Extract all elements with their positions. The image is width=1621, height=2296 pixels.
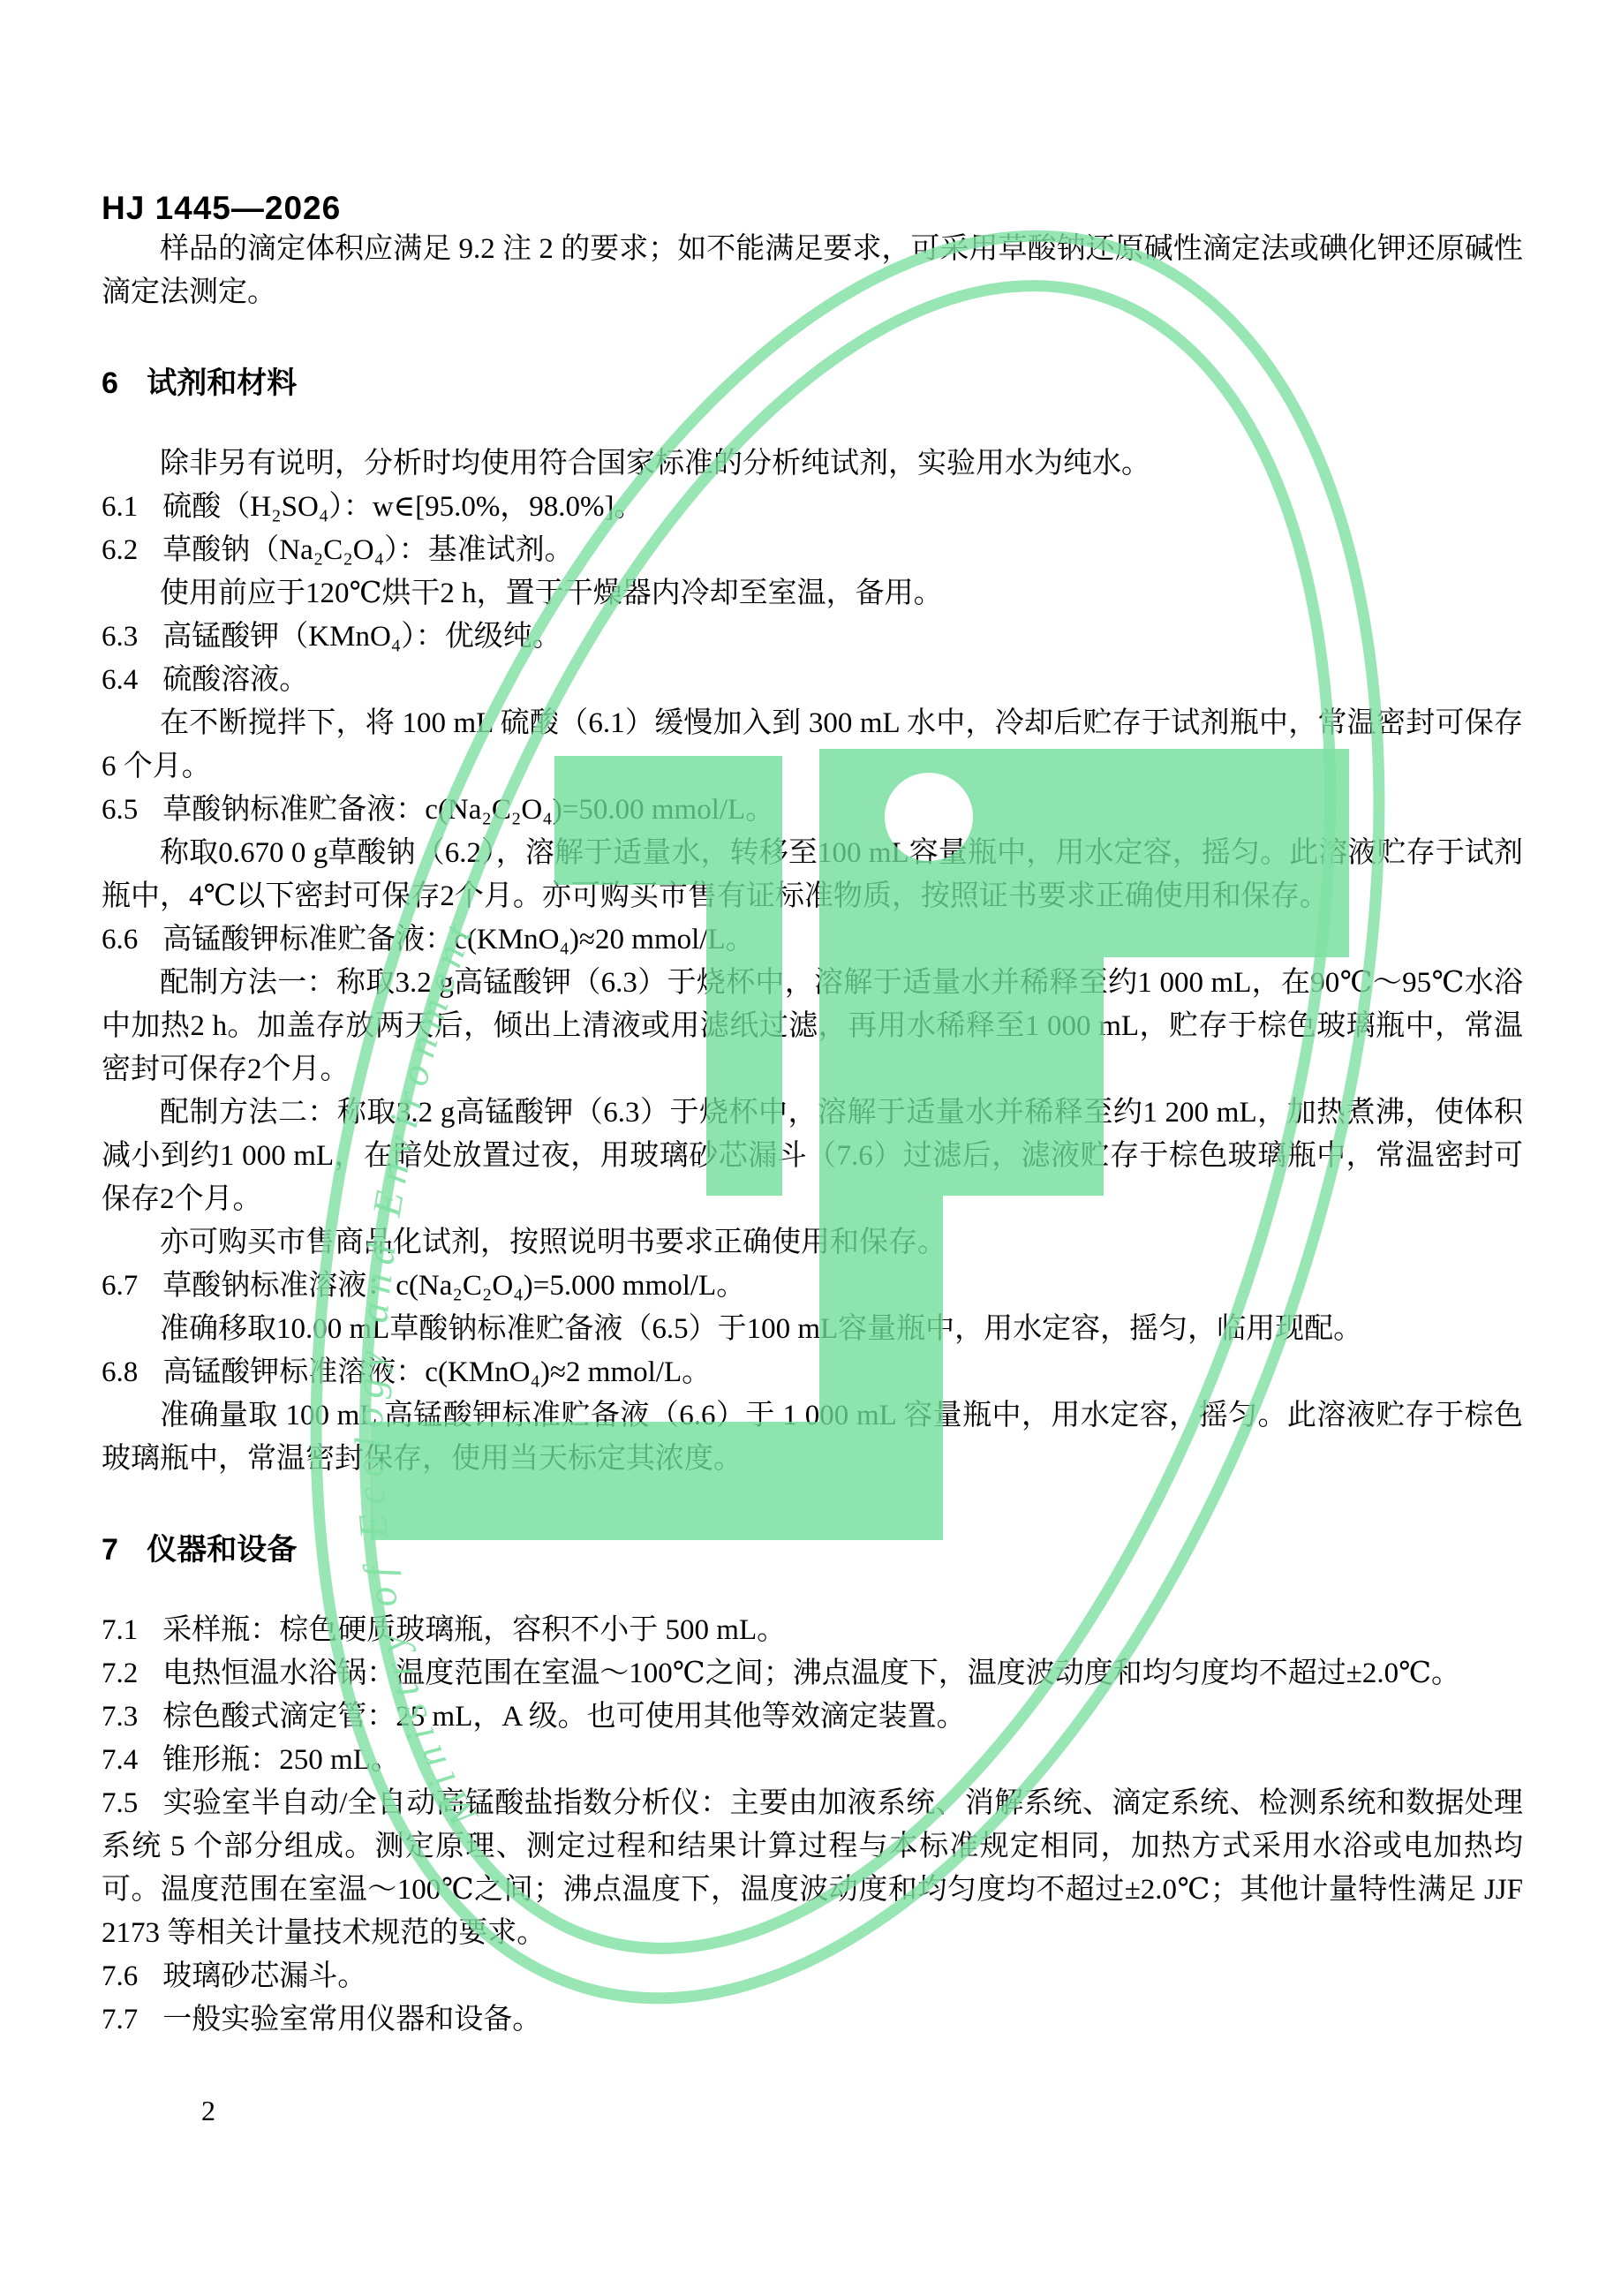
clause-text: 准确量取 100 mL 高锰酸钾标准贮备液（6.6）于 1 000 mL 容量瓶… [102, 1400, 1523, 1475]
clause-number: 6.7 [102, 1270, 138, 1302]
paragraph: 亦可购买市售商品化试剂，按照说明书要求正确使用和保存。 [102, 1221, 1523, 1265]
clause-text: 一般实验室常用仪器和设备。 [162, 2004, 541, 2035]
clause-number: 6.3 [102, 621, 138, 653]
clause: 6.2草酸钠（Na₂C₂O₄）：基准试剂。 [102, 529, 1523, 572]
clause: 6.8高锰酸钾标准溶液：c(KMnO₄)≈2 mmol/L。 [102, 1351, 1523, 1394]
clause-text: 电热恒温水浴锅：温度范围在室温～100℃之间；沸点温度下，温度波动度和均匀度均不… [162, 1658, 1460, 1689]
clause: 6.3高锰酸钾（KMnO₄）：优级纯。 [102, 616, 1523, 659]
clause: 6.7草酸钠标准溶液：c(Na₂C₂O₄)=5.000 mmol/L。 [102, 1265, 1523, 1308]
clause-text: 实验室半自动/全自动高锰酸盐指数分析仪：主要由加液系统、消解系统、滴定系统、检测… [102, 1787, 1523, 1949]
paragraph: 使用前应于120℃烘干2 h，置于干燥器内冷却至室温，备用。 [102, 572, 1523, 616]
standard-number: HJ 1445—2026 [102, 189, 1523, 228]
clause-text: 配制方法二：称取3.2 g高锰酸钾（6.3）于烧杯中，溶解于适量水并稀释至约1 … [102, 1097, 1523, 1215]
section-number: 6 [102, 366, 118, 400]
clause: 6.4硫酸溶液。 [102, 659, 1523, 702]
clause-text: 草酸钠标准溶液：c(Na₂C₂O₄)=5.000 mmol/L。 [162, 1270, 745, 1302]
clause-text: 棕色酸式滴定管：25 mL，A 级。也可使用其他等效滴定装置。 [162, 1701, 965, 1733]
clause-number: 7.7 [102, 2004, 138, 2035]
document-body: HJ 1445—2026 样品的滴定体积应满足 9.2 注 2 的要求；如不能满… [102, 0, 1523, 2042]
clause-number: 6.5 [102, 794, 138, 826]
clause: 6.1硫酸（H₂SO₄）：w∈[95.0%，98.0%]。 [102, 486, 1523, 529]
clause-text: 除非另有说明，分析时均使用符合国家标准的分析纯试剂，实验用水为纯水。 [160, 448, 1150, 480]
clause-text: 高锰酸钾标准贮备液：c(KMnO₄)≈20 mmol/L。 [162, 924, 754, 955]
clause-text: 硫酸（H₂SO₄）：w∈[95.0%，98.0%]。 [162, 491, 643, 523]
paragraph: 除非另有说明，分析时均使用符合国家标准的分析纯试剂，实验用水为纯水。 [102, 442, 1523, 486]
clause-number: 6.4 [102, 664, 138, 696]
document-page: HJ 1445—2026 样品的滴定体积应满足 9.2 注 2 的要求；如不能满… [0, 0, 1621, 2296]
section-title: 仪器和设备 [147, 1533, 297, 1567]
paragraph: 准确移取10.00 mL草酸钠标准贮备液（6.5）于100 mL容量瓶中，用水定… [102, 1308, 1523, 1351]
section-heading: 6试剂和材料 [102, 362, 1523, 405]
clause: 7.2电热恒温水浴锅：温度范围在室温～100℃之间；沸点温度下，温度波动度和均匀… [102, 1652, 1523, 1696]
clause-text: 玻璃砂芯漏斗。 [162, 1960, 366, 1992]
paragraph: 配制方法二：称取3.2 g高锰酸钾（6.3）于烧杯中，溶解于适量水并稀释至约1 … [102, 1091, 1523, 1221]
section-number: 7 [102, 1533, 118, 1567]
clause: 6.6高锰酸钾标准贮备液：c(KMnO₄)≈20 mmol/L。 [102, 918, 1523, 962]
clause-text: 使用前应于120℃烘干2 h，置于干燥器内冷却至室温，备用。 [160, 578, 943, 609]
section-heading: 7仪器和设备 [102, 1529, 1523, 1572]
clause-text: 称取0.670 0 g草酸钠（6.2），溶解于适量水，转移至100 mL容量瓶中… [102, 837, 1523, 912]
lead-paragraph: 样品的滴定体积应满足 9.2 注 2 的要求；如不能满足要求，可采用草酸钠还原碱… [102, 228, 1523, 314]
page-number: 2 [201, 2095, 215, 2127]
clause-text: 准确移取10.00 mL草酸钠标准贮备液（6.5）于100 mL容量瓶中，用水定… [160, 1313, 1362, 1345]
paragraph: 配制方法一：称取3.2 g高锰酸钾（6.3）于烧杯中，溶解于适量水并稀释至约1 … [102, 962, 1523, 1091]
clause-number: 6.1 [102, 491, 138, 523]
paragraph: 在不断搅拌下，将 100 mL 硫酸（6.1）缓慢加入到 300 mL 水中，冷… [102, 702, 1523, 789]
clause-number: 7.6 [102, 1960, 138, 1992]
clause-number: 7.3 [102, 1701, 138, 1733]
clause: 7.7一般实验室常用仪器和设备。 [102, 1998, 1523, 2042]
clause-text: 高锰酸钾标准溶液：c(KMnO₄)≈2 mmol/L。 [162, 1356, 711, 1388]
section-title: 试剂和材料 [147, 366, 297, 400]
paragraph: 称取0.670 0 g草酸钠（6.2），溶解于适量水，转移至100 mL容量瓶中… [102, 832, 1523, 918]
clause: 7.4锥形瓶：250 mL。 [102, 1739, 1523, 1782]
clause-number: 6.2 [102, 534, 138, 566]
clause-text: 亦可购买市售商品化试剂，按照说明书要求正确使用和保存。 [160, 1227, 946, 1258]
clause-text: 高锰酸钾（KMnO₄）：优级纯。 [162, 621, 562, 653]
clause-number: 7.5 [102, 1787, 138, 1819]
clause-number: 7.1 [102, 1614, 138, 1646]
clause-number: 7.2 [102, 1658, 138, 1689]
clause: 7.3棕色酸式滴定管：25 mL，A 级。也可使用其他等效滴定装置。 [102, 1696, 1523, 1739]
clause-text: 锥形瓶：250 mL。 [162, 1744, 400, 1776]
clause: 6.5草酸钠标准贮备液：c(Na₂C₂O₄)=50.00 mmol/L。 [102, 789, 1523, 832]
clause-number: 6.8 [102, 1356, 138, 1388]
clause-number: 7.4 [102, 1744, 138, 1776]
clause-text: 草酸钠（Na₂C₂O₄）：基准试剂。 [162, 534, 573, 566]
clause-text: 采样瓶：棕色硬质玻璃瓶，容积不小于 500 mL。 [162, 1614, 786, 1646]
clause-text: 草酸钠标准贮备液：c(Na₂C₂O₄)=50.00 mmol/L。 [162, 794, 774, 826]
clause-number: 6.6 [102, 924, 138, 955]
clause: 7.6玻璃砂芯漏斗。 [102, 1955, 1523, 1998]
sections-container: 6试剂和材料除非另有说明，分析时均使用符合国家标准的分析纯试剂，实验用水为纯水。… [102, 362, 1523, 2042]
clause: 7.1采样瓶：棕色硬质玻璃瓶，容积不小于 500 mL。 [102, 1609, 1523, 1652]
clause-text: 在不断搅拌下，将 100 mL 硫酸（6.1）缓慢加入到 300 mL 水中，冷… [102, 707, 1523, 782]
paragraph: 准确量取 100 mL 高锰酸钾标准贮备液（6.6）于 1 000 mL 容量瓶… [102, 1394, 1523, 1481]
clause-text: 硫酸溶液。 [162, 664, 308, 696]
clause: 7.5实验室半自动/全自动高锰酸盐指数分析仪：主要由加液系统、消解系统、滴定系统… [102, 1782, 1523, 1955]
clause-text: 配制方法一：称取3.2 g高锰酸钾（6.3）于烧杯中，溶解于适量水并稀释至约1 … [102, 967, 1523, 1085]
